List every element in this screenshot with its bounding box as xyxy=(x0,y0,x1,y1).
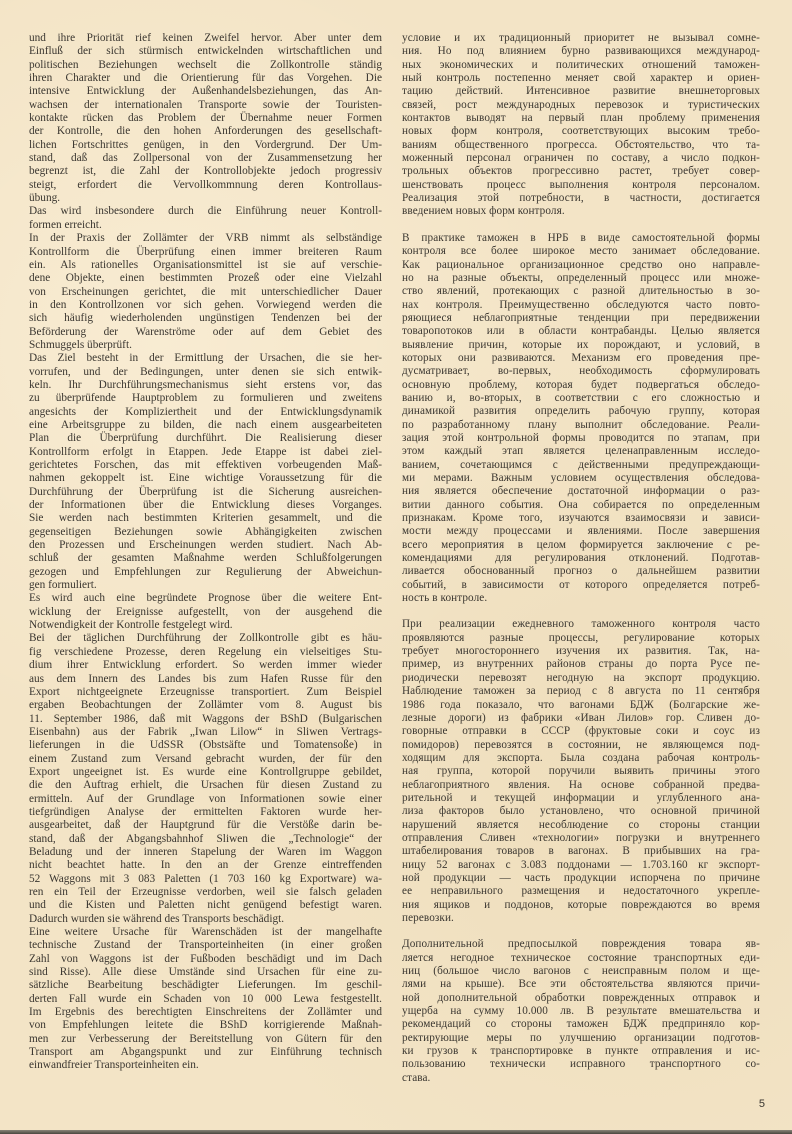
text-line: Transport am Abgangspunkt und zur Einfüh… xyxy=(29,1046,382,1059)
text-line: тацию действий. Интенсивное развитие вне… xyxy=(402,85,760,98)
text-line: ваниям общественного прогресса. Обстояте… xyxy=(402,139,760,152)
paragraph: und ihre Priorität rief keinen Zweifel h… xyxy=(29,32,382,205)
text-line: vorrufen, und der Bedingungen, unter den… xyxy=(29,366,382,379)
text-line: основную проблему, которая будет подверг… xyxy=(402,379,760,392)
text-line: stand, daß das Zollpersonal von der Zusa… xyxy=(29,152,382,165)
text-line: ванию и, во-вторых, в соответствии с его… xyxy=(402,392,760,405)
text-line: ляется негодное техническое состояние тр… xyxy=(402,952,760,965)
text-line: gezogen und Empfehlungen zur Regulierung… xyxy=(29,566,382,579)
text-line: Eine weitere Ursache für Warenschäden is… xyxy=(29,926,382,939)
text-line: Beladung und der inneren Stapelung der W… xyxy=(29,846,382,859)
text-line: комендациями для регулирования отклонени… xyxy=(402,552,760,565)
text-line: перевозки. xyxy=(402,912,760,925)
text-line: tiefgründigen Analyse der ermittelten Fa… xyxy=(29,806,382,819)
text-line: лиза факторов было установлено, что осно… xyxy=(402,805,760,818)
text-line: лями на крыше). Все эти обстоятельства я… xyxy=(402,978,760,991)
paragraph: Eine weitere Ursache für Warenschäden is… xyxy=(29,926,382,1073)
text-line: Kontrollform erfolgt in Etappen. Jede Et… xyxy=(29,446,382,459)
text-line: Im Ergebnis des berechtigten Einschreite… xyxy=(29,1006,382,1019)
text-line: ein. Als rationelles Organisationsmittel… xyxy=(29,259,382,272)
text-line: пользованию технически исправного трансп… xyxy=(402,1058,760,1071)
text-line: Das Ziel besteht in der Ermittlung der U… xyxy=(29,352,382,365)
paragraph: В практике таможен в НРБ в виде самостоя… xyxy=(402,232,760,606)
paragraph: При реализации ежедневного таможенного к… xyxy=(402,618,760,925)
text-line: выявление причин, которые их порождают, … xyxy=(402,339,760,352)
text-line: ной продукции — часть продукции испорчен… xyxy=(402,872,760,885)
text-line: дусматривает, во-первых, необходимость с… xyxy=(402,365,760,378)
text-line: Kontrollform die Überprüfung einen immer… xyxy=(29,246,382,259)
text-line: признакам. Кроме того, изучаются взаимос… xyxy=(402,512,760,525)
text-line: Dadurch wurden sie während des Transport… xyxy=(29,913,382,926)
text-line: нах контроля. Преимущественно обследуютс… xyxy=(402,299,760,312)
text-line: контроля все более широкое место занимае… xyxy=(402,245,760,258)
paragraph: Bei der täglichen Durchführung der Zollk… xyxy=(29,632,382,926)
text-line: dium ihrer Entwicklung erfordert. So wer… xyxy=(29,659,382,672)
text-line: ermitteln. Auf der Grundlage von Informa… xyxy=(29,793,382,806)
text-line: derten Fall wurde ein Schaden von 10 000… xyxy=(29,993,382,1006)
text-line: товаропотоков или в области контрабанды.… xyxy=(402,325,760,338)
text-line: intensive Entwicklung der Außenhandelsbe… xyxy=(29,85,382,98)
text-line: politischen Beziehungen wechselt die Zol… xyxy=(29,59,382,72)
text-line: отправления Сливен «технологии» погрузки… xyxy=(402,832,760,845)
text-line: ergaben Beobachtungen der Zollämter vom … xyxy=(29,699,382,712)
text-line: men zur Verbesserung der Bereitstellung … xyxy=(29,1033,382,1046)
text-line: 52 Waggons mit 3 083 Paletten (1 703 160… xyxy=(29,873,382,886)
text-line: этом каждый этап является целенаправленн… xyxy=(402,445,760,458)
paragraph: Es wird auch eine begründete Prognose üb… xyxy=(29,592,382,632)
text-line: Es wird auch eine begründete Prognose üb… xyxy=(29,592,382,605)
text-line: von Empfehlungen leitete die BShD korrig… xyxy=(29,1019,382,1032)
text-line: steigt, erfordert die Vervollkommnung de… xyxy=(29,179,382,192)
text-line: Eisenbahn) aus der Fabrik „Iwan Lilow“ i… xyxy=(29,726,382,739)
text-line: schluß der gesamten Maßnahme werden Schl… xyxy=(29,552,382,565)
text-line: ren ein Teil der Erzeugnisse verdorben, … xyxy=(29,886,382,899)
text-line: ihren Charakter und die Orientierung für… xyxy=(29,72,382,85)
text-line: риодически перевозят негодную на экспорт… xyxy=(402,672,760,685)
text-line: Das wird insbesondere durch die Einführu… xyxy=(29,205,382,218)
text-line: dene Objekte, einen bestimmten Prozeß od… xyxy=(29,272,382,285)
text-line: по разработанному плану выполнит обследо… xyxy=(402,419,760,432)
text-line: fig verschiedene Prozesse, deren Regelun… xyxy=(29,646,382,659)
text-line: ущерба на сумму 10.000 лв. В результате … xyxy=(402,1005,760,1018)
text-line: условие и их традиционный приоритет не в… xyxy=(402,32,760,45)
text-line: keln. Ihr Durchführungsmechanismus sieht… xyxy=(29,379,382,392)
page-bottom-edge xyxy=(0,1130,792,1134)
text-line: angesichts der Kompliziertheit und der E… xyxy=(29,406,382,419)
text-line: требует многостороннего изучения их разв… xyxy=(402,645,760,658)
paragraph: Das wird insbesondere durch die Einführu… xyxy=(29,205,382,232)
text-line: В практике таможен в НРБ в виде самостоя… xyxy=(402,232,760,245)
text-line: Notwendigkeit der Kontrolle festgelegt w… xyxy=(29,619,382,632)
text-line: übung. xyxy=(29,192,382,205)
text-line: витии данного события. Она собирается по… xyxy=(402,499,760,512)
text-line: sich häufig wiederholenden ungünstigen T… xyxy=(29,312,382,325)
text-line: ная группа, которой поручили выявить при… xyxy=(402,765,760,778)
text-line: ницу 52 вагонах с 3.083 поддонами — 1.70… xyxy=(402,859,760,872)
text-line: stand, daß der Abgangsbahnhof Sliwen die… xyxy=(29,833,382,846)
text-line: рекомендаций со стороны таможен БДЖ пред… xyxy=(402,1018,760,1031)
text-line: zu überprüfende Hauptproblem zu formulie… xyxy=(29,392,382,405)
text-line: става. xyxy=(402,1072,760,1085)
text-line: ных экономических и политических отношен… xyxy=(402,59,760,72)
text-line: но на разные объекты, определенный проце… xyxy=(402,272,760,285)
text-line: technische Zustand der Transporteinheite… xyxy=(29,939,382,952)
text-line: Einfluß der sich stürmisch entwickelnden… xyxy=(29,45,382,58)
russian-text-column: условие и их традиционный приоритет не в… xyxy=(402,32,760,1098)
text-line: nahmen gekoppelt ist. Eine wichtige Vora… xyxy=(29,472,382,485)
text-line: которых они развиваются. Механизм его пр… xyxy=(402,352,760,365)
text-line: Beförderung der Warenströme oder auf dem… xyxy=(29,326,382,339)
text-line: und die Kisten und Paletten nicht genüge… xyxy=(29,899,382,912)
text-line: wachsen der internationalen Transporte s… xyxy=(29,99,382,112)
text-line: введением новых форм контроля. xyxy=(402,205,760,218)
text-line: всего мероприятия в целом формируется за… xyxy=(402,539,760,552)
text-line: aus dem Innern des Landes bis zum Hafen … xyxy=(29,673,382,686)
text-line: связей, рост международных перевозок и т… xyxy=(402,99,760,112)
text-line: der Kontrolle, die den hohen Anforderung… xyxy=(29,125,382,138)
text-line: von Erscheinungen gerichtet, die mit unt… xyxy=(29,286,382,299)
text-line: зация этой контрольной формы проводится … xyxy=(402,432,760,445)
text-line: говорные отправки в СССР (фруктовые соки… xyxy=(402,725,760,738)
text-line: помидоров) перевозятся в состоянии, не я… xyxy=(402,739,760,752)
text-line: Zahl von Waggons ist der Fußboden beschä… xyxy=(29,953,382,966)
text-line: При реализации ежедневного таможенного к… xyxy=(402,618,760,631)
text-line: ния. Но под влиянием бурно развивающихся… xyxy=(402,45,760,58)
paragraph: Дополнительной предпосылкой повреждения … xyxy=(402,938,760,1085)
text-line: ство явлений, протекающих с разной длите… xyxy=(402,285,760,298)
text-line: sätzliche Bearbeitung beschädigter Liefe… xyxy=(29,979,382,992)
text-line: lichen Fortschrittes genügen, in den Vor… xyxy=(29,139,382,152)
paragraph: Das Ziel besteht in der Ermittlung der U… xyxy=(29,352,382,592)
text-line: In der Praxis der Zollämter der VRB nimm… xyxy=(29,232,382,245)
text-line: лезные дороги) из фабрики «Иван Лилов» г… xyxy=(402,712,760,725)
text-line: контактов выводят на первый план проблем… xyxy=(402,112,760,125)
text-line: Наблюдение таможен за период с 8 августа… xyxy=(402,685,760,698)
text-line: ной дополнительной обработки поврежденны… xyxy=(402,992,760,1005)
text-line: Sie werden nach bestimmten Kriterien ges… xyxy=(29,512,382,525)
text-line: ния является обеспечение достаточной инф… xyxy=(402,485,760,498)
text-line: formen erreicht. xyxy=(29,219,382,232)
text-line: Export ungeeignet ist. Es wurde eine Kon… xyxy=(29,766,382,779)
page-number: 5 xyxy=(759,1098,765,1110)
text-line: gen formuliert. xyxy=(29,579,382,592)
text-line: ния ящиков и поддонов, которые повреждаю… xyxy=(402,899,760,912)
text-line: sind Risse). Alle diese Umstände sind Ur… xyxy=(29,966,382,979)
text-line: die den Auftrag erhielt, die Ursachen fü… xyxy=(29,779,382,792)
paragraph: условие и их традиционный приоритет не в… xyxy=(402,32,760,219)
text-line: ausgearbeitet, daß der Hauptgrund für di… xyxy=(29,819,382,832)
text-line: нарушений является несоблюдение со сторо… xyxy=(402,819,760,832)
text-line: Как рациональное организационное средств… xyxy=(402,259,760,272)
text-line: Durchführung der Überprüfung ist die Sic… xyxy=(29,486,382,499)
text-line: gegenseitigen Beziehungen sowie Abhängig… xyxy=(29,526,382,539)
text-line: ряющиеся неблагоприятные тенденции при п… xyxy=(402,312,760,325)
text-line: пример, из внутренних районов страны до … xyxy=(402,658,760,671)
text-line: шенствовать процесс выполнения контроля … xyxy=(402,179,760,192)
text-line: Реализация этой потребности, в частности… xyxy=(402,192,760,205)
text-line: 1986 года показало, что вагонами БДЖ (Бо… xyxy=(402,699,760,712)
text-line: einwandfreier Transporteinheiten ein. xyxy=(29,1059,382,1072)
text-line: событий, в зависимости от которого опред… xyxy=(402,579,760,592)
text-line: ходящим для экспорта. Была создана рабоч… xyxy=(402,752,760,765)
text-line: рительной и текущей информации и углубле… xyxy=(402,792,760,805)
text-line: Export nichtgeeignete Erzeugnisse transp… xyxy=(29,686,382,699)
text-line: штабелирования товаров в вагонах. В приб… xyxy=(402,845,760,858)
text-line: lieferungen in die UdSSR (Obstsäfte und … xyxy=(29,739,382,752)
text-line: ный контроль постепенно меняет свой хара… xyxy=(402,72,760,85)
text-line: gerichtetes Forschen, das mit effektiven… xyxy=(29,459,382,472)
text-line: Schmuggels überprüft. xyxy=(29,339,382,352)
text-line: begrenzt ist, die Zahl der Kontrollobjek… xyxy=(29,165,382,178)
text-line: ее неправильного размещения и недостаточ… xyxy=(402,885,760,898)
german-text-column: und ihre Priorität rief keinen Zweifel h… xyxy=(29,32,382,1073)
text-line: ректирующие меры по улучшению организаци… xyxy=(402,1032,760,1045)
text-line: ки грузов к транспортировке в пункте отп… xyxy=(402,1045,760,1058)
text-line: ливается обоснованный прогноз о дальнейш… xyxy=(402,565,760,578)
text-line: nicht beachtet hatte. In den an der Gren… xyxy=(29,859,382,872)
text-line: неблагоприятного явления. На основе собр… xyxy=(402,779,760,792)
text-line: Plan die Überprüfung durchführt. Die Rea… xyxy=(29,432,382,445)
text-line: eine Arbeitsgruppe zu bilden, die nach e… xyxy=(29,419,382,432)
text-line: den Prozessen und Erscheinungen werden s… xyxy=(29,539,382,552)
text-line: динамикой развития определить рабочую гр… xyxy=(402,405,760,418)
text-line: und ihre Priorität rief keinen Zweifel h… xyxy=(29,32,382,45)
text-line: Дополнительной предпосылкой повреждения … xyxy=(402,938,760,951)
text-line: трольных объектов прогрессивно растет, т… xyxy=(402,165,760,178)
text-line: Bei der täglichen Durchführung der Zollk… xyxy=(29,632,382,645)
text-line: 11. September 1986, daß mit Waggons der … xyxy=(29,713,382,726)
text-line: der Informationen über die Entwicklung d… xyxy=(29,499,382,512)
text-line: новых форм контроля, соответствующих выс… xyxy=(402,125,760,138)
text-line: мости между процессами и явлениями. Посл… xyxy=(402,525,760,538)
text-line: ниц (большое число вагонов с неисправным… xyxy=(402,965,760,978)
text-line: проявляются разные процессы, регулирован… xyxy=(402,632,760,645)
text-line: einem Zustand zum Versand gebracht wurde… xyxy=(29,753,382,766)
paragraph: In der Praxis der Zollämter der VRB nimm… xyxy=(29,232,382,352)
text-line: in den Kontrollzonen vor sich gehen. Vor… xyxy=(29,299,382,312)
text-line: kontakte rücken das Problem der Übernahm… xyxy=(29,112,382,125)
text-line: ванием, сочетающимся с действенными пред… xyxy=(402,459,760,472)
document-page: und ihre Priorität rief keinen Zweifel h… xyxy=(0,0,792,1134)
text-line: ность в контроле. xyxy=(402,592,760,605)
text-line: моженный персонал ограничен по составу, … xyxy=(402,152,760,165)
text-line: wicklung der Ereignisse aufgestellt, von… xyxy=(29,606,382,619)
text-line: ми мерами. Важным условием осуществления… xyxy=(402,472,760,485)
